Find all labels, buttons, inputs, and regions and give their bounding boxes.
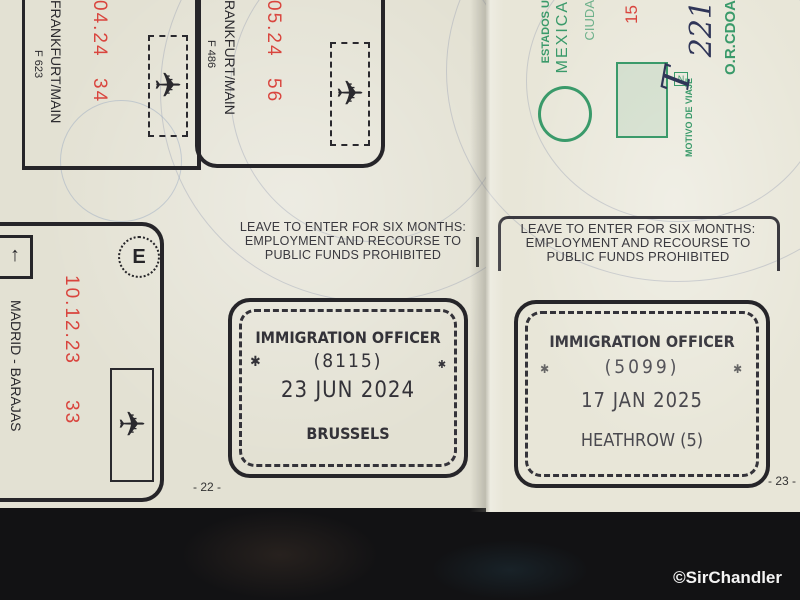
handwritten-number: 221 bbox=[684, 0, 719, 57]
stamp-number: 33 bbox=[60, 400, 82, 425]
airplane-icon: ✈ bbox=[148, 35, 188, 137]
stamp-line: LEAVE TO ENTER FOR SIX MONTHS: bbox=[500, 222, 776, 236]
page-number: - 23 - bbox=[768, 474, 796, 488]
stamp-city: FRANKFURT/MAIN bbox=[48, 0, 64, 123]
passport-page-right: ESTADOS U MEXICA CIUDA 15 MOTIVO DE VIAJ… bbox=[486, 0, 800, 512]
stamp-code: F 486 bbox=[205, 40, 217, 68]
passport-spine-fold bbox=[470, 0, 504, 512]
airplane-icon: ✈ bbox=[330, 42, 370, 146]
eu-emblem-icon: E bbox=[118, 236, 160, 278]
star-icon: ✱ bbox=[733, 362, 742, 376]
stamp-line: LEAVE TO ENTER FOR SIX MONTHS: bbox=[228, 220, 478, 234]
passport-page-left: FRANKFURT/MAIN F 623 04.24 34 ✈ RANKFURT… bbox=[0, 0, 486, 508]
stamp-officer-number: (5099) bbox=[518, 356, 766, 378]
star-icon: ✱ bbox=[540, 362, 549, 376]
background-shadow bbox=[430, 540, 590, 600]
stamp-line: EMPLOYMENT AND RECOURSE TO bbox=[500, 236, 776, 250]
stamp-line: PUBLIC FUNDS PROHIBITED bbox=[228, 248, 478, 262]
star-icon: ✱ bbox=[438, 358, 446, 371]
stamp-line: EMPLOYMENT AND RECOURSE TO bbox=[228, 234, 478, 248]
stamp-city: RANKFURT/MAIN bbox=[222, 0, 238, 115]
background-shadow bbox=[180, 510, 380, 600]
stamp-number: 34 bbox=[88, 78, 110, 103]
stamp-number: 56 bbox=[262, 78, 284, 103]
star-icon: ✱ bbox=[250, 354, 261, 370]
stamp-location: BRUSSELS bbox=[232, 424, 464, 443]
stamp-heathrow: IMMIGRATION OFFICER (5099) ✱ ✱ 17 JAN 20… bbox=[514, 300, 770, 488]
copyright-watermark: ©SirChandler bbox=[673, 568, 782, 588]
stamp-line: ESTADOS U bbox=[540, 0, 552, 63]
stamp-line: CIUDA bbox=[582, 0, 597, 40]
mexico-seal-icon bbox=[538, 86, 592, 142]
stamp-brussels: IMMIGRATION OFFICER (8115) ✱ ✱ 23 JUN 20… bbox=[228, 298, 468, 478]
stamp-title: IMMIGRATION OFFICER bbox=[232, 328, 464, 347]
stamp-date: 23 JUN 2024 bbox=[232, 378, 464, 403]
stamp-city: MADRID - BARAJAS bbox=[8, 300, 24, 431]
stamp-uk-leave-left: LEAVE TO ENTER FOR SIX MONTHS: EMPLOYMEN… bbox=[228, 220, 478, 262]
stamp-officer-number: (8115) bbox=[232, 350, 464, 372]
stamp-number: 15 bbox=[622, 5, 642, 24]
stamp-office: O.R.CDOA bbox=[722, 0, 739, 75]
stamp-date: 04.24 bbox=[88, 0, 110, 58]
stamp-line: MEXICA bbox=[554, 0, 572, 73]
stamp-line: PUBLIC FUNDS PROHIBITED bbox=[500, 250, 776, 264]
airplane-icon: ✈ bbox=[110, 368, 154, 482]
exit-arrow-icon: ↑ bbox=[0, 235, 33, 279]
stamp-code: F 623 bbox=[32, 50, 44, 78]
stamp-location: HEATHROW (5) bbox=[518, 430, 766, 451]
stamp-date: 10.12.23 bbox=[60, 275, 82, 365]
stamp-date: 05.24 bbox=[262, 0, 284, 58]
page-number: - 22 - bbox=[193, 480, 221, 494]
stamp-title: IMMIGRATION OFFICER bbox=[518, 332, 766, 351]
stamp-date: 17 JAN 2025 bbox=[518, 388, 766, 412]
stamp-uk-leave-right: LEAVE TO ENTER FOR SIX MONTHS: EMPLOYMEN… bbox=[500, 222, 776, 264]
